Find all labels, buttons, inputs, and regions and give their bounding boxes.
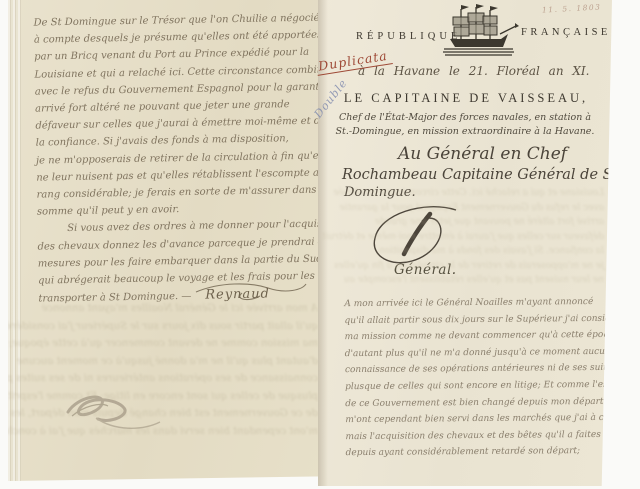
- printed-title: LE CAPITAINE DE VAISSEAU,: [330, 91, 602, 106]
- manuscript-line: depuis ayant considérablement retardé so…: [346, 443, 610, 462]
- address-line: Rochambeau Capitaine Général de St: [342, 167, 618, 183]
- manuscript-line: A mon arrivée ici le Général Noailles m'…: [344, 294, 608, 313]
- address-line: Au Général en Chef: [398, 144, 618, 164]
- ship-engraving-icon: [443, 4, 519, 58]
- address-line: Domingue.: [344, 185, 618, 200]
- archive-pencil-date: 11. 5. 1803: [542, 2, 602, 14]
- right-page: 11. 5. 1803 RÉPUBLIQUE FRANÇAISE.: [318, 0, 612, 486]
- signature-flourish-icon: [190, 276, 310, 302]
- masthead-francaise: FRANÇAISE.: [521, 27, 617, 38]
- ink-smudge-icon: [56, 388, 176, 448]
- salutation: Général.: [394, 262, 457, 278]
- manuscript-line: ma mission comme ne devant commencer qu'…: [345, 327, 609, 346]
- left-page: De St Domingue sur le Trésor que l'on Ch…: [8, 0, 332, 481]
- printed-subtitle-line2: St.-Domingue, en mission extraordinaire …: [324, 126, 606, 137]
- manuscript-line: plusque de celles qui sont encore en lit…: [345, 377, 609, 396]
- manuscript-line-end: transporter à St Domingue. —: [38, 291, 191, 305]
- document-scan: De St Domingue sur le Trésor que l'on Ch…: [0, 0, 640, 489]
- paraph-flourish-icon: [364, 204, 468, 268]
- manuscript-line: m'ont cependant bien servi dans les marc…: [345, 410, 609, 429]
- right-page-manuscript: A mon arrivée ici le Général Noailles m'…: [344, 294, 609, 462]
- left-page-manuscript: De St Domingue sur le Trésor que l'on Ch…: [33, 9, 334, 308]
- page-fold-edge: [8, 0, 21, 481]
- dateline: à la Havane le 21. Floréal an XI.: [358, 64, 589, 78]
- address-block: Au Général en Chef Rochambeau Capitaine …: [342, 144, 618, 200]
- printed-subtitle-line1: Chef de l'État-Major des forces navales,…: [324, 112, 606, 123]
